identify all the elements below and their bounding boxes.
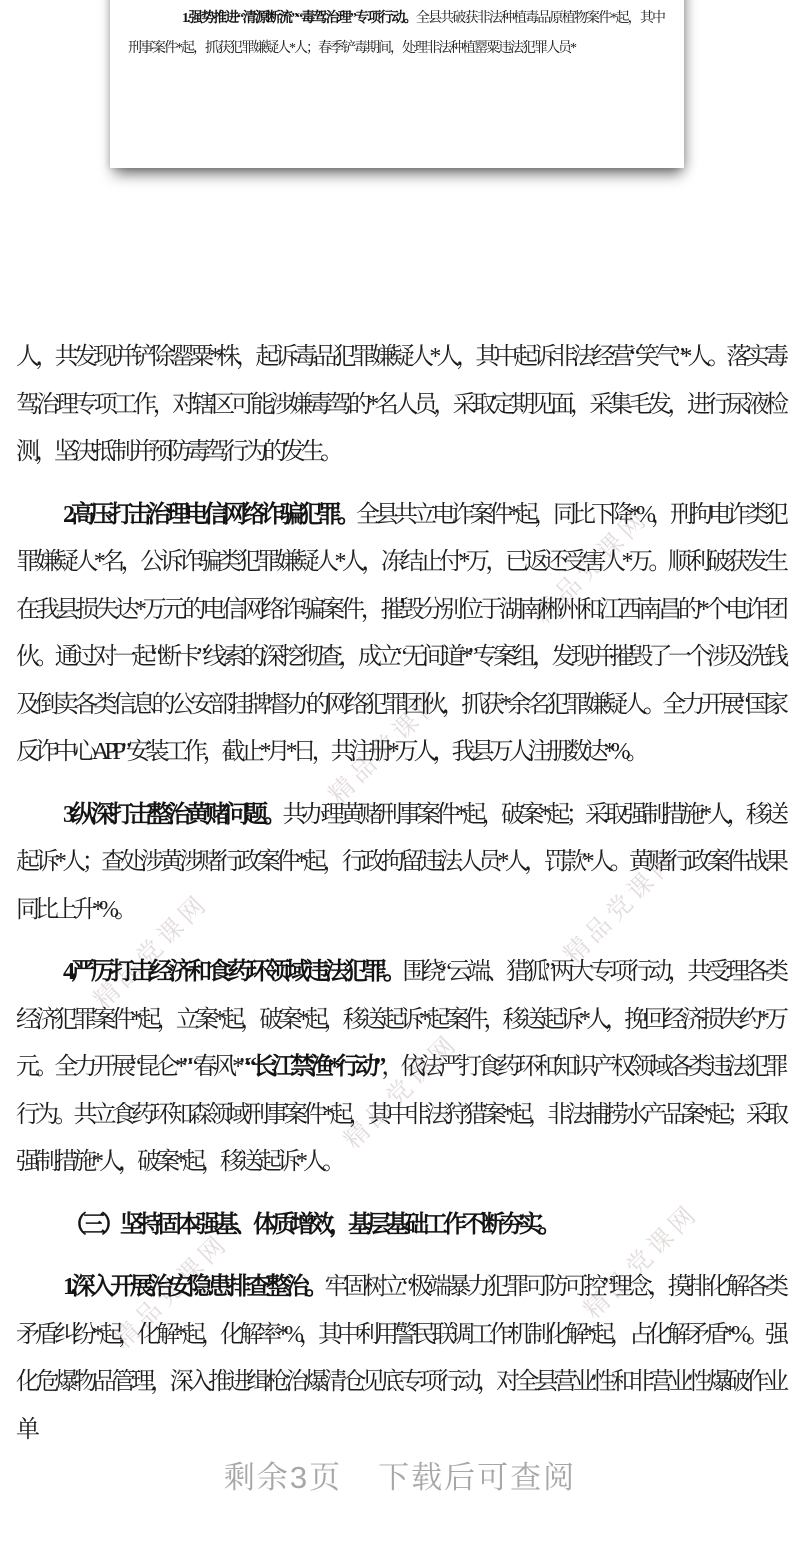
remaining-pages-label: 剩余3页	[224, 1452, 342, 1497]
previous-page-preview-card: 1.强势推进“清源断流”“毒驾治理”专项行动。全县共破获非法种植毒品原植物案件*…	[110, 0, 684, 168]
paragraph: 人，共发现并铲除罂粟*株，起诉毒品犯罪嫌疑人*人，其中起诉非法经营“笑气”*人。…	[16, 334, 784, 477]
bold-text-segment: 4.严厉打击经济和食药环领域违法犯罪。	[63, 959, 402, 985]
remaining-pages-banner: 剩余3页 下载后可查阅	[0, 1452, 800, 1497]
paragraph: 4.严厉打击经济和食药环领域违法犯罪。围绕“云端、猎狐”两大专项行动，共受理各类…	[16, 949, 784, 1187]
bold-text-segment: 1.深入开展治安隐患排查整治。	[63, 1274, 325, 1300]
bold-text-segment: 1.强势推进“清源断流”“毒驾治理”专项行动。	[182, 11, 416, 26]
paragraph: （三）坚持固本强基、体质增效，基层基础工作不断夯实。	[16, 1202, 784, 1250]
bold-text-segment: （三）坚持固本强基、体质增效，基层基础工作不断夯实。	[63, 1212, 557, 1238]
paragraph: 1.深入开展治安隐患排查整治。牢固树立“极端暴力犯罪可防可控”理念，摸排化解各类…	[16, 1264, 784, 1454]
text-segment: 全县共立电诈案件*起，同比下降*%，刑拘电诈类犯罪嫌疑人*名，公诉诈骗类犯罪嫌疑…	[16, 502, 784, 766]
text-segment: 人，共发现并铲除罂粟*株，起诉毒品犯罪嫌疑人*人，其中起诉非法经营“笑气”*人。…	[16, 344, 784, 465]
download-hint-label: 下载后可查阅	[378, 1452, 576, 1497]
document-body: 人，共发现并铲除罂粟*株，起诉毒品犯罪嫌疑人*人，其中起诉非法经营“笑气”*人。…	[16, 334, 784, 1469]
paragraph: 3.纵深打击整治黄赌问题。共办理黄赌刑事案件*起，破案*起；采取强制措施*人，移…	[16, 792, 784, 935]
paragraph: 2.高压打击治理电信网络诈骗犯罪。全县共立电诈案件*起，同比下降*%，刑拘电诈类…	[16, 492, 784, 777]
bold-text-segment: 2.高压打击治理电信网络诈骗犯罪。	[63, 502, 356, 528]
document-preview-page: 1.强势推进“清源断流”“毒驾治理”专项行动。全县共破获非法种植毒品原植物案件*…	[0, 0, 800, 1558]
previous-page-paragraph: 1.强势推进“清源断流”“毒驾治理”专项行动。全县共破获非法种植毒品原植物案件*…	[128, 4, 664, 64]
bold-text-segment: “长江禁渔*行动”	[245, 1054, 381, 1080]
bold-text-segment: 3.纵深打击整治黄赌问题。	[63, 802, 282, 828]
